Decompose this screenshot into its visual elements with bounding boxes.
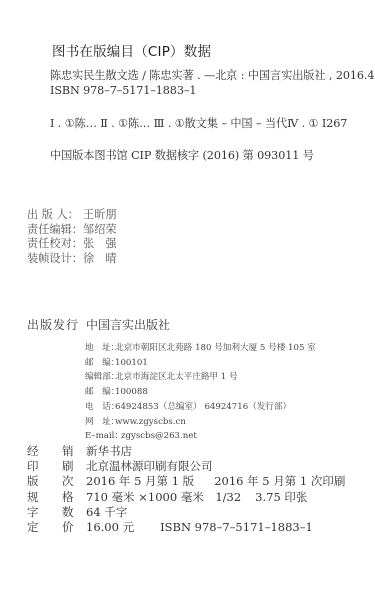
- specs-block: 经 销 新华书店 印 刷 北京温林源印刷有限公司 版 次 2016 年 5 月第…: [27, 444, 345, 535]
- spec-isbn: ISBN 978–7–5171–1883–1: [160, 520, 313, 535]
- publisher-postcode: 邮 编： 100101: [85, 356, 316, 371]
- credit-row-editor: 责任编辑： 邹绍荣: [27, 223, 117, 238]
- spec-label-char: 数: [62, 505, 86, 520]
- spec-row-wordcount: 字 数 64 千字: [27, 505, 345, 520]
- editorial-postcode: 邮 编： 100088: [85, 385, 316, 400]
- spec-row-price: 定 价 16.00 元 ISBN 978–7–5171–1883–1: [27, 520, 345, 535]
- spec-row-format: 规 格 710 毫米 ×1000 毫米 1/32 3.75 印张: [27, 490, 345, 505]
- detail-label: E–mail：: [85, 429, 121, 444]
- credit-row-proofreader: 责任校对： 张 强: [27, 237, 117, 252]
- spec-label-char: 次: [62, 474, 86, 489]
- cip-subject-line: Ⅰ . ①陈… Ⅱ . ①陈… Ⅲ . ①散文集 – 中国 – 当代Ⅳ . ① …: [50, 115, 347, 131]
- detail-label: 邮 编：: [85, 356, 115, 371]
- detail-label: 地 址：: [85, 341, 115, 356]
- credits-block: 出 版 人： 王昕朋 责任编辑： 邹绍荣 责任校对： 张 强 装帧设计： 徐 晴: [27, 208, 117, 266]
- spec-extra: 3.75 印张: [255, 490, 307, 505]
- credit-row-designer: 装帧设计： 徐 晴: [27, 252, 117, 267]
- spec-label-char: 定: [27, 520, 62, 535]
- credit-value: 张 强: [83, 237, 117, 252]
- editorial-address: 编辑部： 北京市海淀区北太平庄路甲 1 号: [85, 370, 316, 385]
- spec-label-char: 印: [27, 459, 62, 474]
- detail-value: zgyscbs@263.net: [121, 429, 197, 444]
- detail-label: 邮 编：: [85, 385, 115, 400]
- cip-catalog-number: 中国版本图书馆 CIP 数据核字 (2016) 第 093011 号: [50, 147, 314, 163]
- spec-row-distributor: 经 销 新华书店: [27, 444, 345, 459]
- detail-label: 网 址：: [85, 415, 115, 430]
- spec-value: 64 千字: [86, 505, 127, 520]
- spec-value: 2016 年 5 月第 1 版: [86, 474, 194, 489]
- spec-label-char: 价: [62, 520, 86, 535]
- spec-label-char: 销: [62, 444, 86, 459]
- credit-row-publisher: 出 版 人： 王昕朋: [27, 208, 117, 223]
- credit-label: 责任校对：: [27, 237, 83, 252]
- spec-extra: 2016 年 5 月第 1 次印刷: [214, 474, 345, 489]
- detail-label: 电 话：: [85, 400, 115, 415]
- spec-label-char: 格: [62, 490, 86, 505]
- spec-value: 710 毫米 ×1000 毫米 1/32: [86, 490, 241, 505]
- publisher-address: 地 址： 北京市朝阳区北苑路 180 号加利大厦 5 号楼 105 室: [85, 341, 316, 356]
- detail-value: 北京市海淀区北太平庄路甲 1 号: [115, 370, 238, 385]
- spec-label-char: 刷: [62, 459, 86, 474]
- cip-title: 图书在版编目（CIP）数据: [52, 40, 211, 60]
- publisher-phone: 电 话： 64924853（总编室） 64924716（发行部）: [85, 400, 316, 415]
- detail-value: 100088: [115, 385, 148, 400]
- credit-label: 出 版 人：: [27, 208, 83, 223]
- credit-label: 责任编辑：: [27, 223, 83, 238]
- publisher-email: E–mail： zgyscbs@263.net: [85, 429, 316, 444]
- spec-row-edition: 版 次 2016 年 5 月第 1 版 2016 年 5 月第 1 次印刷: [27, 474, 345, 489]
- spec-value: 北京温林源印刷有限公司: [86, 459, 213, 474]
- credit-value: 邹绍荣: [83, 223, 117, 238]
- cip-isbn-line: ISBN 978–7–5171–1883–1: [50, 84, 196, 97]
- cip-bibliographic-line: 陈忠实民生散文选 / 陈忠实著 . —北京 : 中国言实出版社 , 2016.4: [50, 67, 374, 83]
- spec-label-char: 经: [27, 444, 62, 459]
- detail-value: 100101: [115, 356, 148, 371]
- detail-value: www.zgyscbs.cn: [115, 415, 186, 430]
- credit-value: 徐 晴: [83, 252, 117, 267]
- publisher-heading: 出版发行 中国言实出版社: [27, 316, 170, 333]
- publisher-name: 中国言实出版社: [86, 316, 170, 333]
- spec-label-char: 版: [27, 474, 62, 489]
- credit-value: 王昕朋: [83, 208, 117, 223]
- publisher-website: 网 址： www.zgyscbs.cn: [85, 415, 316, 430]
- publisher-details: 地 址： 北京市朝阳区北苑路 180 号加利大厦 5 号楼 105 室 邮 编：…: [85, 341, 316, 444]
- detail-label: 编辑部：: [85, 370, 115, 385]
- spec-row-printer: 印 刷 北京温林源印刷有限公司: [27, 459, 345, 474]
- spec-value: 新华书店: [86, 444, 132, 459]
- spec-value: 16.00 元: [86, 520, 134, 535]
- detail-value: 北京市朝阳区北苑路 180 号加利大厦 5 号楼 105 室: [115, 341, 316, 356]
- publisher-label: 出版发行: [27, 316, 86, 333]
- credit-label: 装帧设计：: [27, 252, 83, 267]
- detail-value: 64924853（总编室） 64924716（发行部）: [115, 400, 291, 415]
- spec-label-char: 规: [27, 490, 62, 505]
- spec-label-char: 字: [27, 505, 62, 520]
